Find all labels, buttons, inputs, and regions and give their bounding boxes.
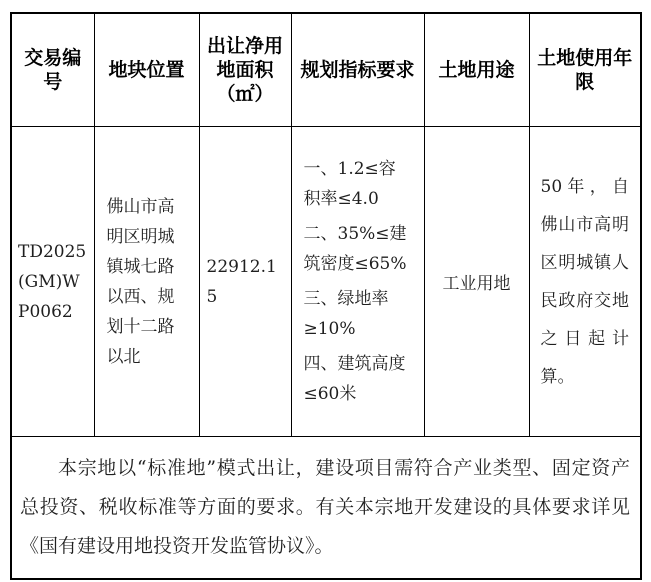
cell-land-tenure: 50年，自佛山市高明区明城镇人民政府交地之日起计算。 [529, 127, 641, 437]
table-row: TD2025(GM)WP0062 佛山市高明区明城镇城七路以西、规划十二路以北 … [11, 127, 641, 437]
header-land-tenure: 土地使用年限 [529, 13, 641, 127]
note-line: 总投资、税收标准等方面的要求。有关本宗地开发建设的具体要求详见 [20, 488, 630, 527]
note-cell: 本宗地以“标准地”模式出让，建设项目需符合产业类型、固定资产 总投资、税收标准等… [11, 437, 641, 580]
cell-plot-location: 佛山市高明区明城镇城七路以西、规划十二路以北 [94, 127, 199, 437]
cell-planning-requirements: 一、1.2≤容积率≤4.0 二、35%≤建筑密度≤65% 三、绿地率≥10% 四… [291, 127, 424, 437]
header-transaction-id: 交易编号 [11, 13, 94, 127]
note-line: 本宗地以“标准地”模式出让，建设项目需符合产业类型、固定资产 [20, 449, 630, 488]
cell-transaction-id: TD2025(GM)WP0062 [11, 127, 94, 437]
planning-item-building-density: 二、35%≤建筑密度≤65% [304, 219, 412, 279]
header-plot-location: 地块位置 [94, 13, 199, 127]
cell-land-use: 工业用地 [424, 127, 529, 437]
table-note-row: 本宗地以“标准地”模式出让，建设项目需符合产业类型、固定资产 总投资、税收标准等… [11, 437, 641, 580]
header-net-area: 出让净用地面积（㎡） [199, 13, 291, 127]
planning-item-building-height: 四、建筑高度≤60米 [304, 349, 412, 409]
page: 交易编号 地块位置 出让净用地面积（㎡） 规划指标要求 土地用途 土地使用年限 … [0, 0, 651, 582]
land-transaction-table: 交易编号 地块位置 出让净用地面积（㎡） 规划指标要求 土地用途 土地使用年限 … [10, 12, 642, 580]
header-land-use: 土地用途 [424, 13, 529, 127]
planning-item-plot-ratio: 一、1.2≤容积率≤4.0 [304, 154, 412, 214]
table-header-row: 交易编号 地块位置 出让净用地面积（㎡） 规划指标要求 土地用途 土地使用年限 [11, 13, 641, 127]
cell-net-area: 22912.15 [199, 127, 291, 437]
planning-item-green-ratio: 三、绿地率≥10% [304, 284, 412, 344]
note-line: 《国有建设用地投资开发监管协议》。 [20, 527, 630, 566]
header-planning-requirements: 规划指标要求 [291, 13, 424, 127]
